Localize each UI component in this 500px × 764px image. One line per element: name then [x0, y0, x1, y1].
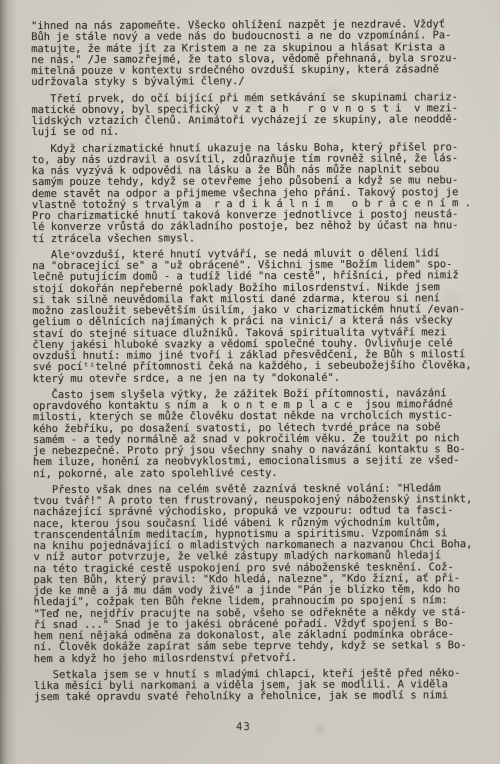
paragraph: "ihned na nás zapomeňte. Všecko ohlížení… — [31, 19, 494, 89]
paragraph: Třetí prvek, do očí bijící při mém setká… — [31, 91, 494, 138]
paragraph: Aleᵛovzduší, které hnutí vytváří, se ned… — [32, 248, 496, 385]
scanned-page: "ihned na nás zapomeňte. Všecko ohlížení… — [0, 0, 500, 764]
text-line: udržovala styky s bývalými členy./ — [31, 75, 494, 88]
text-line: ní, pokorné, ale zato spolehlivé cesty. — [33, 466, 496, 479]
paragraph: Setkala jsem se v hnutí s mladými chlapc… — [34, 668, 497, 704]
text-line: lují se od ní. — [31, 125, 494, 138]
text-line: jsem také opravdu svaté řeholníky a řeho… — [34, 690, 497, 703]
paragraph: Přesto však dnes na celém světě zaznívá … — [33, 483, 497, 665]
paragraph: Když charizmatické hnutí ukazuje na lásk… — [32, 141, 495, 244]
binding-shadow — [0, 0, 18, 764]
text-line: hem a když ho jeho milosrdenství přetvoř… — [34, 651, 497, 664]
document-text: "ihned na nás zapomeňte. Všecko ohlížení… — [31, 19, 497, 709]
page-number: 43 — [236, 721, 251, 733]
text-line: který mu otevře srdce, a ne jen na ty "d… — [33, 371, 496, 384]
text-line: tí ztrácela všechen smysl. — [32, 231, 495, 244]
text-line: lé konverze vrůstá do základního postoje… — [32, 220, 495, 233]
paragraph: Často jsem slyšela výtky, že zážitek Bož… — [33, 388, 496, 480]
